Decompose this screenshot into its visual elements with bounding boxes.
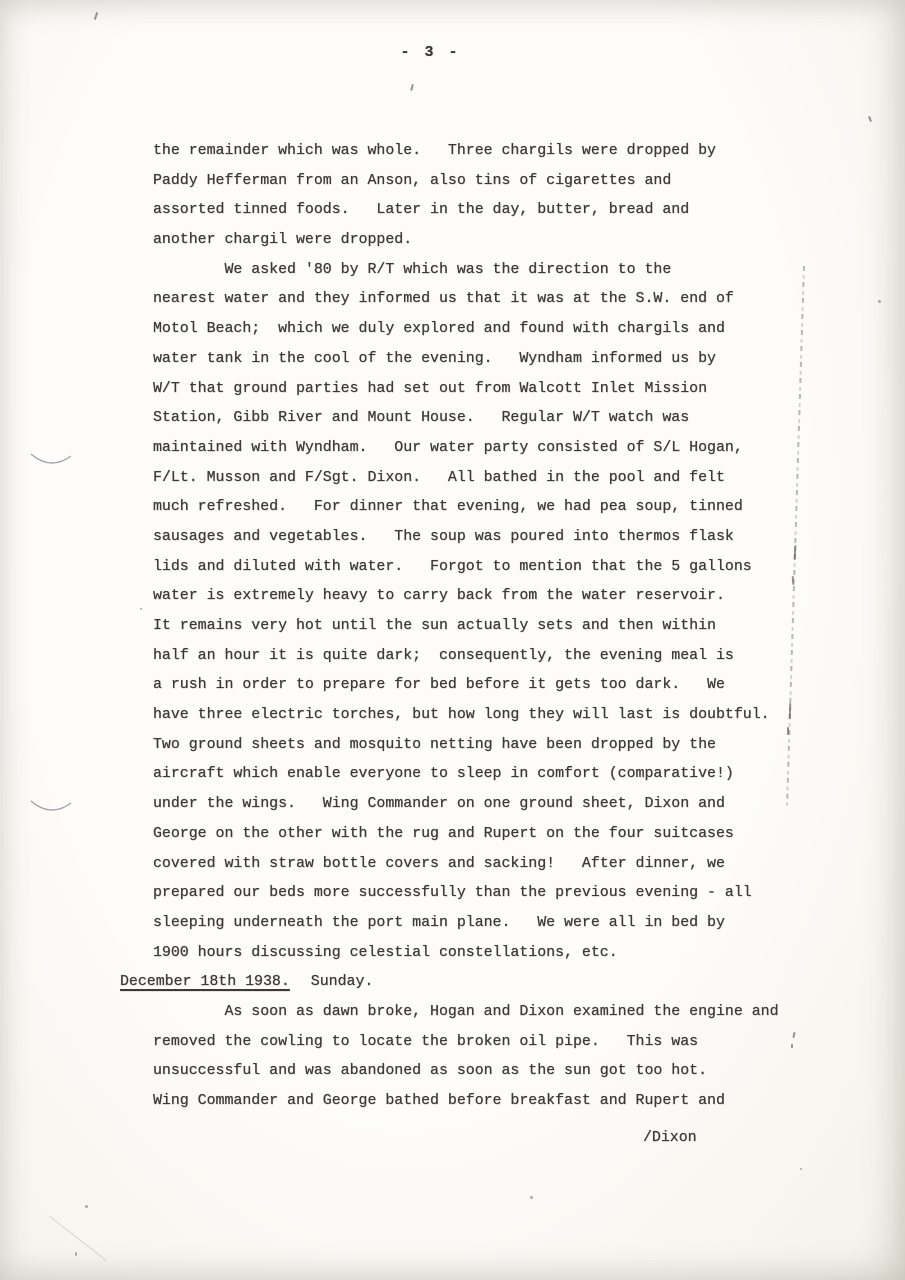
paper-speck <box>85 1205 88 1208</box>
text-line: Paddy Hefferman from an Anson, also tins… <box>153 167 853 197</box>
stray-mark <box>410 84 414 91</box>
paper-speck <box>530 1196 533 1199</box>
text-line: have three electric torches, but how lon… <box>153 701 853 731</box>
pen-tick <box>791 1044 793 1048</box>
text-line: the remainder which was whole. Three cha… <box>153 137 853 167</box>
text-line: covered with straw bottle covers and sac… <box>153 850 853 880</box>
text-line: prepared our beds more successfully than… <box>153 879 853 909</box>
heading-date: December 18th 1938. <box>120 974 290 990</box>
text-line: water tank in the cool of the evening. W… <box>153 345 853 375</box>
scanned-page: - 3 - the remainder which was whole. Thr… <box>0 0 905 1280</box>
text-line: under the wings. Wing Commander on one g… <box>153 790 853 820</box>
text-line: water is extremely heavy to carry back f… <box>153 582 853 612</box>
text-line: It remains very hot until the sun actual… <box>153 612 853 642</box>
text-line: much refreshed. For dinner that evening,… <box>153 493 853 523</box>
margin-curve-mark <box>28 794 74 818</box>
paper-speck <box>878 300 881 303</box>
paper-speck <box>140 608 142 610</box>
text-line: Motol Beach; which we duly explored and … <box>153 315 853 345</box>
text-line: Two ground sheets and mosquito netting h… <box>153 731 853 761</box>
page-number: - 3 - <box>0 44 883 61</box>
text-line: nearest water and they informed us that … <box>153 285 853 315</box>
margin-curve-mark <box>28 448 74 472</box>
paper-speck <box>75 1252 77 1256</box>
text-line: sleeping underneath the port main plane.… <box>153 909 853 939</box>
text-line: removed the cowling to locate the broken… <box>153 1028 853 1058</box>
typewritten-text: the remainder which was whole. Three cha… <box>153 137 853 1153</box>
catchword: /Dixon <box>153 1124 853 1154</box>
text-line: a rush in order to prepare for bed befor… <box>153 671 853 701</box>
paper-crease <box>49 1216 106 1261</box>
paragraphs-top: the remainder which was whole. Three cha… <box>153 137 853 968</box>
text-line: W/T that ground parties had set out from… <box>153 375 853 405</box>
text-line: another chargil were dropped. <box>153 226 853 256</box>
text-line: lids and diluted with water. Forgot to m… <box>153 553 853 583</box>
text-line: Station, Gibb River and Mount House. Reg… <box>153 404 853 434</box>
text-line: unsuccessful and was abandoned as soon a… <box>153 1057 853 1087</box>
text-line: maintained with Wyndham. Our water party… <box>153 434 853 464</box>
text-line: aircraft which enable everyone to sleep … <box>153 760 853 790</box>
text-line: 1900 hours discussing celestial constell… <box>153 939 853 969</box>
paragraphs-bottom: As soon as dawn broke, Hogan and Dixon e… <box>153 998 853 1117</box>
text-line: George on the other with the rug and Rup… <box>153 820 853 850</box>
text-line: sausages and vegetables. The soup was po… <box>153 523 853 553</box>
paper-speck <box>800 1168 802 1170</box>
text-line: F/Lt. Musson and F/Sgt. Dixon. All bathe… <box>153 464 853 494</box>
text-line: assorted tinned foods. Later in the day,… <box>153 196 853 226</box>
pen-tick <box>787 727 789 735</box>
text-line: As soon as dawn broke, Hogan and Dixon e… <box>153 998 853 1028</box>
stray-mark <box>868 116 872 122</box>
stray-mark <box>94 12 98 20</box>
heading-day: Sunday. <box>311 974 374 990</box>
text-line: Wing Commander and George bathed before … <box>153 1087 853 1117</box>
text-line: We asked '80 by R/T which was the direct… <box>153 256 853 286</box>
text-line: half an hour it is quite dark; consequen… <box>153 642 853 672</box>
date-heading: December 18th 1938.Sunday. <box>120 968 853 998</box>
